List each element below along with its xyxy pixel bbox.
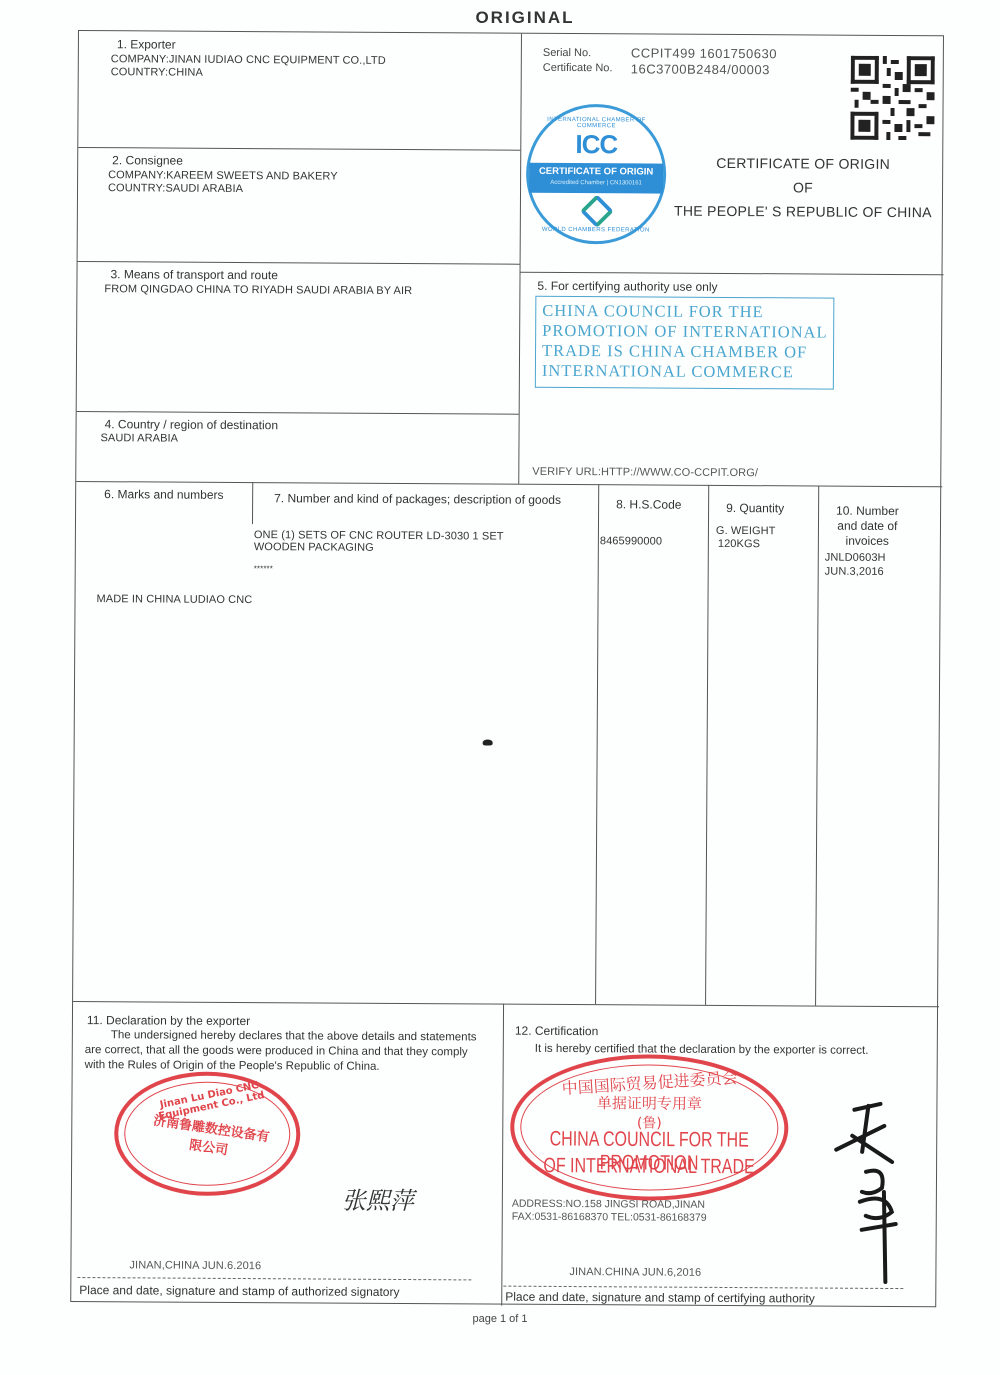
icc-ring-bottom: WORLD CHAMBERS FEDERATION	[529, 227, 663, 234]
serial-values: CCPIT499 1601750630 16C3700B2484/00003	[631, 45, 777, 78]
certifier-signature-icon	[831, 1096, 912, 1286]
stamp-en-line2: OF INTERNATIONAL TRADE	[524, 1155, 774, 1180]
desc-col-divider	[595, 484, 599, 1004]
serial-label: Serial No.	[543, 46, 613, 61]
stamp-cn-line2: 单据证明专用章	[544, 1092, 754, 1114]
invoice-header: 10. Number and date of invoices	[836, 504, 899, 549]
description-header: 7. Number and kind of packages; descript…	[274, 491, 561, 507]
stamp-cn-line1: 中国国际贸易促进委员会	[544, 1064, 755, 1100]
ink-speck	[483, 739, 493, 745]
certificate-page: ORIGINAL 1. Exporter COMPANY:JINAN IUDIA…	[0, 0, 1000, 1375]
ccpit-certification-stamp: 中国国际贸易促进委员会 单据证明专用章 (鲁) CHINA COUNCIL FO…	[510, 1054, 789, 1202]
certificate-title-line2: OF	[668, 175, 938, 201]
marks-header: 6. Marks and numbers	[104, 487, 223, 502]
exporter-signature: 张熙萍	[342, 1181, 414, 1216]
exporter-caption: Place and date, signature and stamp of a…	[79, 1283, 399, 1299]
box2-bottom	[78, 261, 520, 265]
certificate-title: CERTIFICATE OF ORIGIN OF THE PEOPLE' S R…	[668, 151, 938, 225]
stamp-outer-text: Jinan Lu Diao CNC Equipment Co., Ltd	[140, 1076, 282, 1126]
certificate-form: 1. Exporter COMPANY:JINAN IUDIAO CNC EQU…	[70, 30, 944, 1307]
stamp-line: CHINA COUNCIL FOR THE	[542, 301, 828, 323]
declaration-line: with the Rules of Origin of the People's…	[85, 1058, 477, 1075]
fax-tel-line: FAX:0531-86168370 TEL:0531-86168379	[512, 1211, 707, 1225]
consignee-country: COUNTRY:SAUDI ARABIA	[108, 182, 243, 195]
icc-ring-top: INTERNATIONAL CHAMBER OF COMMERCE	[529, 117, 663, 130]
serial-number: CCPIT499 1601750630	[631, 45, 777, 62]
certifying-authority-label: 5. For certifying authority use only	[537, 279, 717, 294]
lower-divider	[501, 1004, 504, 1306]
destination-value: SAUDI ARABIA	[100, 432, 178, 444]
icc-logo: ICC	[529, 129, 663, 161]
hs-code-header: 8. H.S.Code	[616, 497, 681, 511]
goods-table-top	[76, 481, 942, 487]
transport-label: 3. Means of transport and route	[110, 267, 278, 282]
box1-bottom	[78, 147, 520, 151]
icc-accreditation-seal: INTERNATIONAL CHAMBER OF COMMERCE ICC CE…	[526, 104, 667, 245]
stamp-line: TRADE IS CHINA CHAMBER OF	[542, 341, 828, 363]
destination-label: 4. Country / region of destination	[105, 417, 279, 432]
hs-col-divider	[705, 485, 709, 1005]
stamp-inner-text: 济南鲁雕数控设备有限公司	[146, 1109, 274, 1165]
invoice-header-line: 10. Number	[836, 504, 899, 519]
certificate-no-label: Certificate No.	[543, 61, 613, 76]
certificate-number: 16C3700B2484/00003	[631, 61, 777, 78]
original-heading: ORIGINAL	[0, 8, 1000, 28]
certifier-signature-line	[503, 1286, 903, 1289]
invoice-header-line: and date of	[836, 519, 899, 534]
quantity-header: 9. Quantity	[726, 501, 784, 515]
stamp-en-line1: CHINA COUNCIL FOR THE PROMOTION	[524, 1128, 774, 1176]
quantity-line1: G. WEIGHT	[716, 525, 776, 537]
invoice-header-line: invoices	[836, 534, 899, 549]
hs-code-value: 8465990000	[600, 535, 662, 547]
verify-url: VERIFY URL:HTTP://WWW.CO-CCPIT.ORG/	[532, 466, 758, 479]
certifier-place-date: JINAN.CHINA JUN.6,2016	[569, 1266, 701, 1279]
serial-block: Serial No. Certificate No.	[543, 46, 613, 76]
invoice-number: JNLD0603H	[825, 552, 886, 564]
certification-label: 12. Certification	[515, 1024, 598, 1039]
declaration-text: The undersigned hereby declares that the…	[85, 1028, 477, 1075]
certification-text: It is hereby certified that the declarat…	[535, 1042, 869, 1059]
icc-band: CERTIFICATE OF ORIGIN Accredited Chamber…	[529, 163, 663, 194]
upper-divider	[518, 34, 522, 484]
world-chambers-federation-icon	[580, 194, 614, 228]
goods-table-bottom	[73, 1001, 939, 1007]
quantity-line2: 120KGS	[718, 538, 760, 550]
consignee-company: COMPANY:KAREEM SWEETS AND BAKERY	[108, 169, 338, 182]
certificate-title-line1: CERTIFICATE OF ORIGIN	[668, 151, 938, 177]
page-number: page 1 of 1	[0, 1313, 1000, 1325]
ccpit-authority-stamp: CHINA COUNCIL FOR THE PROMOTION OF INTER…	[535, 296, 835, 390]
box3-bottom	[77, 411, 519, 415]
stamp-line: INTERNATIONAL COMMERCE	[542, 361, 828, 383]
icc-band-title: CERTIFICATE OF ORIGIN	[529, 166, 663, 178]
consignee-label: 2. Consignee	[112, 153, 183, 167]
cert-area-bottom	[520, 272, 944, 276]
qr-code-icon	[850, 56, 935, 141]
exporter-company: COMPANY:JINAN IUDIAO CNC EQUIPMENT CO.,L…	[111, 53, 386, 67]
exporter-company-stamp: Jinan Lu Diao CNC Equipment Co., Ltd 济南鲁…	[114, 1071, 301, 1196]
certificate-title-line3: THE PEOPLE' S REPUBLIC OF CHINA	[668, 199, 938, 225]
invoice-date: JUN.3,2016	[825, 566, 884, 578]
exporter-country: COUNTRY:CHINA	[111, 66, 203, 79]
certifier-caption: Place and date, signature and stamp of c…	[505, 1290, 815, 1306]
qty-col-divider	[815, 486, 819, 1006]
transport-route: FROM QINGDAO CHINA TO RIYADH SAUDI ARABI…	[104, 283, 412, 297]
marks-col-divider	[252, 482, 253, 524]
declaration-label: 11. Declaration by the exporter	[87, 1013, 250, 1028]
address-line: ADDRESS:NO.158 JINGSI ROAD,JINAN	[512, 1198, 707, 1212]
ccpit-address: ADDRESS:NO.158 JINGSI ROAD,JINAN FAX:053…	[512, 1198, 707, 1225]
goods-description-line2: WOODEN PACKAGING	[254, 541, 374, 554]
exporter-label: 1. Exporter	[117, 37, 176, 51]
exporter-place-date: JINAN,CHINA JUN.6.2016	[129, 1259, 261, 1272]
icc-band-subtitle: Accredited Chamber | CN1300161	[529, 180, 663, 187]
stamp-line: PROMOTION OF INTERNATIONAL	[542, 321, 828, 343]
exporter-signature-line	[77, 1277, 471, 1280]
marks-value: MADE IN CHINA LUDIAO CNC	[96, 593, 252, 606]
goods-description-end: ******	[254, 564, 273, 573]
stamp-cn-line3: (鲁)	[544, 1112, 754, 1133]
